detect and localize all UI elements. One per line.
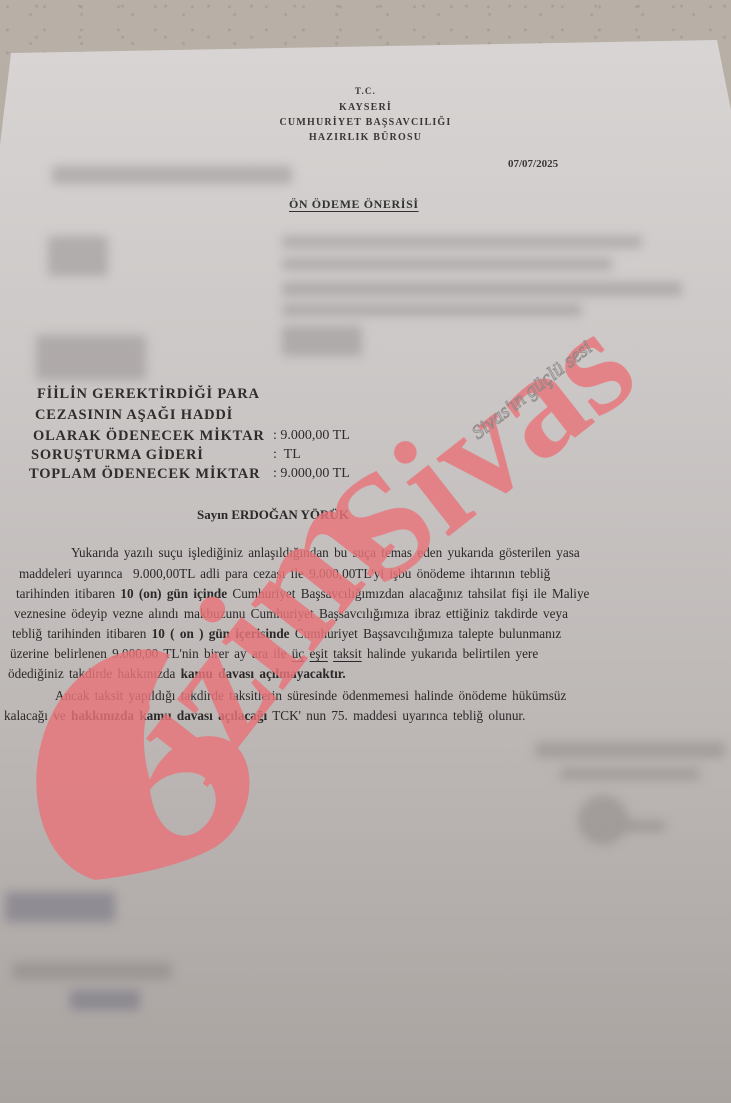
- underlined-word: eşit: [310, 646, 328, 661]
- redacted-info-line: [282, 282, 682, 296]
- emphasis-no-lawsuit: kamu davası açılmayacaktır.: [181, 666, 346, 681]
- text-run: ödediğiniz takdirde hakkınızda: [8, 666, 181, 681]
- redacted-footer-stamp: [5, 892, 115, 922]
- emphasis-deadline: 10 (on) gün içinde: [120, 586, 227, 601]
- body-line-6: üzerine belirlenen 9.000,00 TL'nin birer…: [10, 646, 538, 662]
- text-run: Cumhuriyet Başsavcılığımıza talepte bulu…: [290, 626, 562, 641]
- fine-label-line1: FİİLİN GEREKTİRDİĞİ PARA: [37, 386, 260, 403]
- redacted-info-line: [282, 236, 642, 248]
- body-line-9: kalacağı ve hakkınızda kamu davası açıla…: [4, 708, 525, 724]
- header-office: CUMHURİYET BAŞSAVCILIĞI: [0, 117, 731, 128]
- text-run: tarihinden itibaren: [16, 586, 120, 601]
- header-city: KAYSERİ: [0, 102, 731, 113]
- body-line-2: maddeleri uyarınca 9.000,00TL adli para …: [19, 566, 550, 582]
- body-line-5: tebliğ tarihinden itibaren 10 ( on ) gün…: [12, 626, 561, 642]
- total-amount-label: TOPLAM ÖDENECEK MİKTAR: [29, 466, 260, 483]
- fine-amount-value: : 9.000,00 TL: [273, 428, 350, 444]
- expense-value: : TL: [273, 447, 301, 463]
- signature-scribble: [625, 820, 665, 832]
- signature-scribble: [578, 795, 628, 845]
- text-run: halinde yukarıda belirtilen yere: [362, 646, 538, 661]
- underlined-word: taksit: [333, 646, 362, 661]
- redacted-signatory-title: [560, 768, 700, 780]
- text-run: TCK' nun 75. maddesi uyarınca tebliğ olu…: [267, 708, 525, 723]
- header-tc: T.C.: [0, 86, 731, 96]
- text-run: üzerine belirlenen 9.000,00 TL'nin birer…: [10, 646, 292, 661]
- text-run: kalacağı ve: [4, 708, 71, 723]
- redacted-footer-line: [12, 962, 172, 980]
- document: T.C. KAYSERİ CUMHURİYET BAŞSAVCILIĞI HAZ…: [0, 0, 731, 1103]
- body-line-3: tarihinden itibaren 10 (on) gün içinde C…: [16, 586, 589, 602]
- redacted-info-line: [282, 258, 612, 270]
- redacted-signatory-name: [535, 742, 725, 758]
- text-run: Cumhuriyet Başsavcılığımızdan alacağınız…: [227, 586, 589, 601]
- redacted-info-line: [282, 326, 362, 356]
- emphasis-deadline: 10 ( on ) gün içerisinde: [152, 626, 290, 641]
- fine-label-line2: CEZASININ AŞAĞI HADDİ: [35, 407, 233, 424]
- addressee: Sayın ERDOĞAN YÖRÜK: [197, 507, 349, 523]
- redacted-info-line: [282, 304, 582, 316]
- redacted-label-block: [36, 335, 146, 380]
- document-title: ÖN ÖDEME ÖNERİSİ: [289, 197, 419, 212]
- body-line-4: veznesine ödeyip vezne alındı makbuzunu …: [14, 606, 568, 622]
- redacted-label-block: [48, 236, 108, 276]
- fine-amount-label: OLARAK ÖDENECEK MİKTAR: [33, 428, 265, 445]
- redacted-reference: [52, 166, 292, 184]
- body-line-8: Ancak taksit yapıldığı takdirde taksitle…: [55, 688, 566, 704]
- redacted-footer-line: [70, 990, 140, 1010]
- text-run: tebliğ tarihinden itibaren: [12, 626, 152, 641]
- emphasis-lawsuit: hakkınızda kamu davası açılacağı: [71, 708, 267, 723]
- body-line-7: ödediğiniz takdirde hakkınızda kamu dava…: [8, 666, 346, 682]
- header-bureau: HAZIRLIK BÜROSU: [0, 132, 731, 143]
- total-amount-value: : 9.000,00 TL: [273, 466, 350, 482]
- body-line-1: Yukarıda yazılı suçu işlediğiniz anlaşıl…: [71, 545, 580, 561]
- underlined-word: üç: [292, 646, 304, 661]
- document-date: 07/07/2025: [508, 158, 558, 170]
- expense-label: SORUŞTURMA GİDERİ: [31, 447, 204, 464]
